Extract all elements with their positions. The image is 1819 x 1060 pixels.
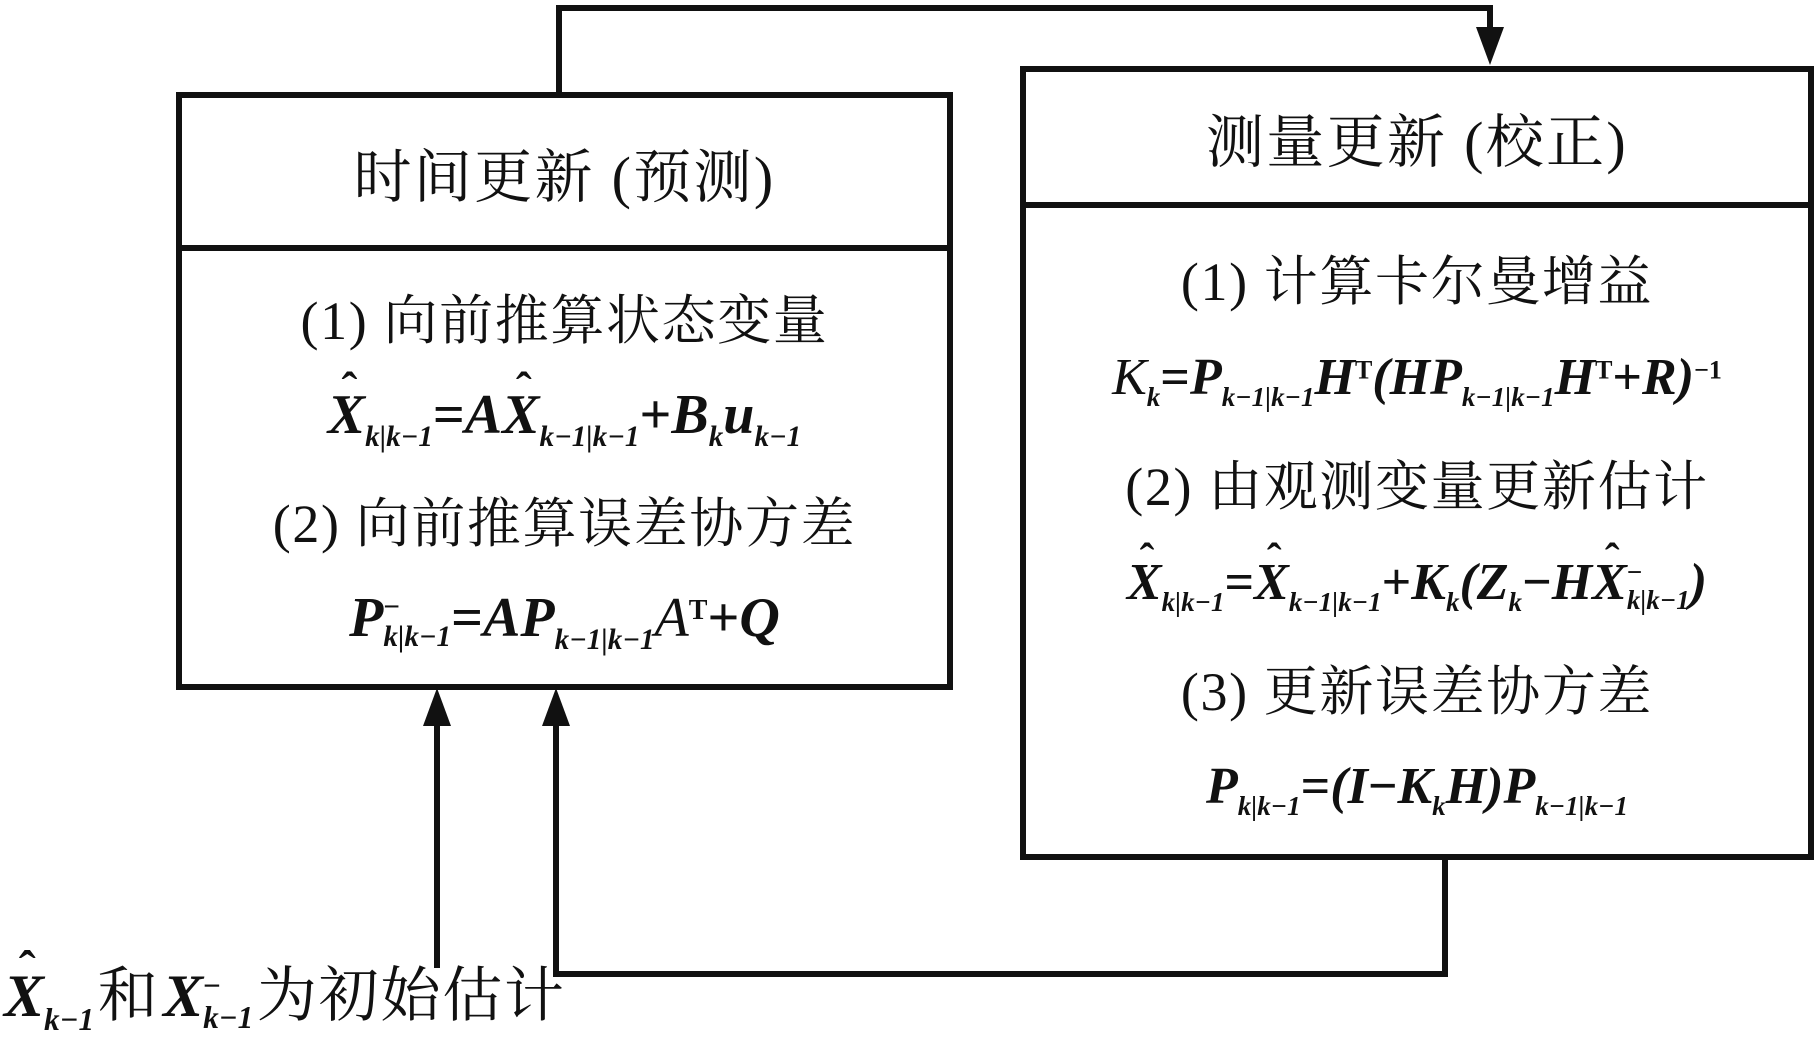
measurement-step-2-label: (2) 由观测变量更新估计 [1026,444,1808,521]
arrowhead-feedback-into-time-update [542,688,570,726]
measurement-update-body: (1) 计算卡尔曼增益 Kk=Pk−1|k−1HT (HPk−1|k−1HT+R… [1026,208,1808,854]
measurement-step-1-label: (1) 计算卡尔曼增益 [1026,239,1808,316]
arrowhead-into-measurement-update [1476,27,1504,65]
kalman-filter-flowchart: 时间更新 (预测) (1) 向前推算状态变量 Xˆk|k−1=AXˆk−1|k−… [0,0,1819,1060]
measurement-update-box: 测量更新 (校正) (1) 计算卡尔曼增益 Kk=Pk−1|k−1HT (HPk… [1020,66,1814,860]
time-update-step-1-label: (1) 向前推算状态变量 [182,278,947,355]
kalman-gain-formula: Kk=Pk−1|k−1HT (HPk−1|k−1HT+R)−1 [1026,348,1808,413]
top-connector-vertical-from-time-update [556,5,562,92]
initial-estimate-arrow-shaft [434,724,440,968]
time-update-body: (1) 向前推算状态变量 Xˆk|k−1=AXˆk−1|k−1+Bkuk−1 (… [182,251,947,684]
top-connector-vertical-stub [1487,5,1493,29]
arrowhead-initial-estimate [423,688,451,726]
top-connector-horizontal [556,5,1493,11]
covariance-update-formula: Pk|k−1=(I−KkH)Pk−1|k−1 [1026,757,1808,822]
time-update-box: 时间更新 (预测) (1) 向前推算状态变量 Xˆk|k−1=AXˆk−1|k−… [176,92,953,690]
state-prediction-formula: Xˆk|k−1=AXˆk−1|k−1+Bkuk−1 [182,383,947,454]
state-update-formula: Xˆk|k−1=Xˆk−1|k−1+Kk(Zk−HXˆ−k|k−1) [1026,553,1808,618]
initial-estimate-footnote: Xˆk−1和X−k−1为初始估计 [4,948,569,1038]
covariance-prediction-formula: P−k|k−1=APk−1|k−1AT+Q [182,586,947,657]
feedback-horizontal-line [553,971,1448,977]
feedback-vertical-from-measurement-update [1442,855,1448,977]
measurement-update-title: 测量更新 (校正) [1026,72,1808,208]
time-update-title: 时间更新 (预测) [182,98,947,251]
time-update-step-2-label: (2) 向前推算误差协方差 [182,481,947,558]
measurement-step-3-label: (3) 更新误差协方差 [1026,649,1808,726]
feedback-arrow-shaft [553,724,559,977]
